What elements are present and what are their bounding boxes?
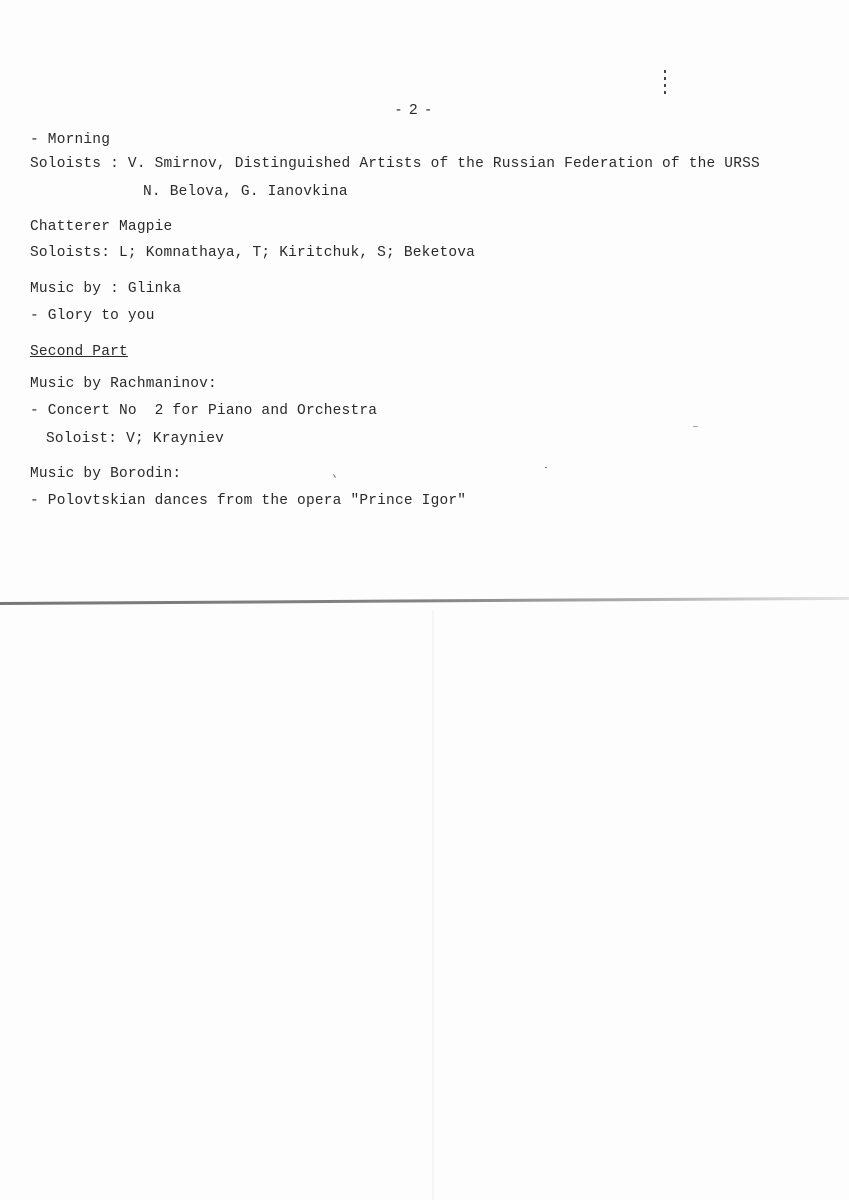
soloists-line-1: Soloists : V. Smirnov, Distinguished Art… — [30, 156, 760, 172]
item-chatterer-magpie: Chatterer Magpie — [30, 219, 172, 235]
item-concert-no-2: - Concert No 2 for Piano and Orchestra — [30, 403, 377, 419]
margin-mark — [664, 70, 666, 98]
item-glory-to-you: - Glory to you — [30, 308, 155, 324]
section-heading-second-part: Second Part — [30, 344, 128, 360]
ink-speck — [693, 426, 698, 427]
ink-speck — [333, 474, 336, 478]
soloists-line-1-continued: N. Belova, G. Ianovkina — [143, 184, 348, 200]
composer-glinka: Music by : Glinka — [30, 281, 181, 297]
composer-borodin: Music by Borodin: — [30, 466, 181, 482]
item-polovtskian-dances: - Polovtskian dances from the opera "Pri… — [30, 493, 466, 509]
page-number: - 2 - — [396, 101, 433, 118]
soloist-krayniev: Soloist: V; Krayniev — [46, 431, 224, 447]
paper-vertical-fold — [432, 610, 434, 1200]
composer-rachmaninov: Music by Rachmaninov: — [30, 376, 217, 392]
ink-speck — [545, 467, 547, 468]
paper-fold-crease — [0, 597, 849, 605]
item-morning: - Morning — [30, 132, 110, 148]
soloists-line-2: Soloists: L; Komnathaya, T; Kiritchuk, S… — [30, 245, 475, 261]
